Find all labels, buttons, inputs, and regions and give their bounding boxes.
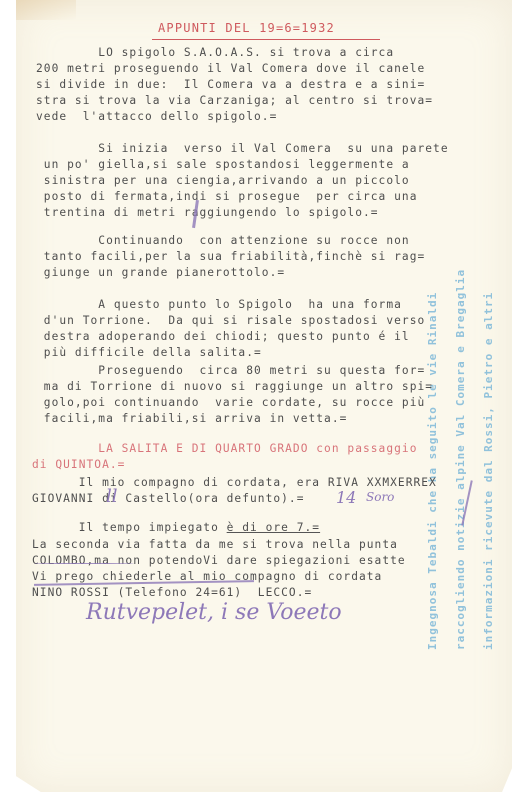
handwritten-mark: 14 bbox=[336, 488, 356, 507]
text-line: 200 metri proseguendo il Val Comera dove… bbox=[36, 62, 425, 75]
text-line: d'un Torrione. Da qui si risale spostado… bbox=[36, 314, 425, 327]
document-title: APPUNTI DEL 19=6=1932 bbox=[158, 21, 335, 35]
text-line: Si inizia verso il Val Comera su una par… bbox=[36, 142, 449, 155]
bleed-column: informazioni ricevute dal Rossi, Pietro … bbox=[482, 30, 495, 650]
handwritten-signature: Rutvepelet, i se Voeeto bbox=[86, 600, 342, 625]
title-underline bbox=[152, 39, 380, 40]
text-line: vede l'attacco dello spigolo.= bbox=[36, 110, 277, 123]
text-line: facili,ma friabili,si arriva in vetta.= bbox=[36, 412, 347, 425]
text-line: giunge un grande pianerottolo.= bbox=[36, 266, 285, 279]
text-line: destra adoperando dei chiodi; questo pun… bbox=[36, 330, 410, 343]
text-line: trentina di metri raggiungendo lo spigol… bbox=[36, 206, 379, 219]
text-line: Continuando con attenzione su rocce non bbox=[36, 234, 410, 247]
text-line: si divide in due: Il Comera va a destra … bbox=[36, 78, 425, 91]
time-prefix: Il tempo impiegato bbox=[63, 521, 227, 534]
grade-line: di QUINTOA.= bbox=[32, 458, 125, 471]
text-line: A questo punto lo Spigolo ha una forma bbox=[36, 298, 402, 311]
text-line: LO spigolo S.A.O.A.S. si trova a circa bbox=[36, 46, 394, 59]
handwritten-margin-note: Soro bbox=[366, 490, 394, 504]
text-line: La seconda via fatta da me si trova nell… bbox=[32, 538, 398, 551]
text-line: posto di fermata,indi si prosegue per ci… bbox=[36, 190, 418, 203]
text-line: golo,poi continuando varie cordate, su r… bbox=[36, 396, 425, 409]
text-line: Proseguendo circa 80 metri su questa for… bbox=[36, 364, 425, 377]
text-line: più difficile della salita.= bbox=[36, 346, 262, 359]
text-line: un po' giella,si sale spostandosi legger… bbox=[36, 158, 410, 171]
text-line: ma di Torrione di nuovo si raggiunge un … bbox=[36, 380, 433, 393]
time-value: è di ore 7.= bbox=[227, 521, 320, 534]
text-line: sinistra per una ciengia,arrivando a un … bbox=[36, 174, 410, 187]
pen-bracket bbox=[461, 480, 473, 525]
paper-sheet: Ingegnosa Tebaldi che ha seguito le vie … bbox=[16, 0, 512, 792]
text-line: COLOMBO,ma non potendoVi dare spiegazion… bbox=[32, 554, 406, 567]
partner-line: Il mio compagno di cordata, era RIVA XXM… bbox=[32, 476, 437, 489]
text-line: NINO ROSSI (Telefono 24=61) LECCO.= bbox=[32, 586, 312, 599]
bleed-through-text: Ingegnosa Tebaldi che ha seguito le vie … bbox=[416, 30, 529, 650]
bleed-column: delle salite di quarto grado in Val Masi… bbox=[512, 30, 525, 650]
text-line: tanto facili,per la sua friabilità,finch… bbox=[36, 250, 425, 263]
bleed-column: raccogliendo notizie alpine Val Comera e… bbox=[454, 30, 467, 650]
handwritten-mark: ll bbox=[106, 486, 118, 507]
grade-line: LA SALITA E DI QUARTO GRADO con passaggi… bbox=[36, 442, 418, 455]
partner-line: GIOVANNI di Castello(ora defunto).= bbox=[32, 492, 305, 505]
text-line: stra si trova la via Carzaniga; al centr… bbox=[36, 94, 433, 107]
bleed-column: Ingegnosa Tebaldi che ha seguito le vie … bbox=[426, 30, 439, 650]
